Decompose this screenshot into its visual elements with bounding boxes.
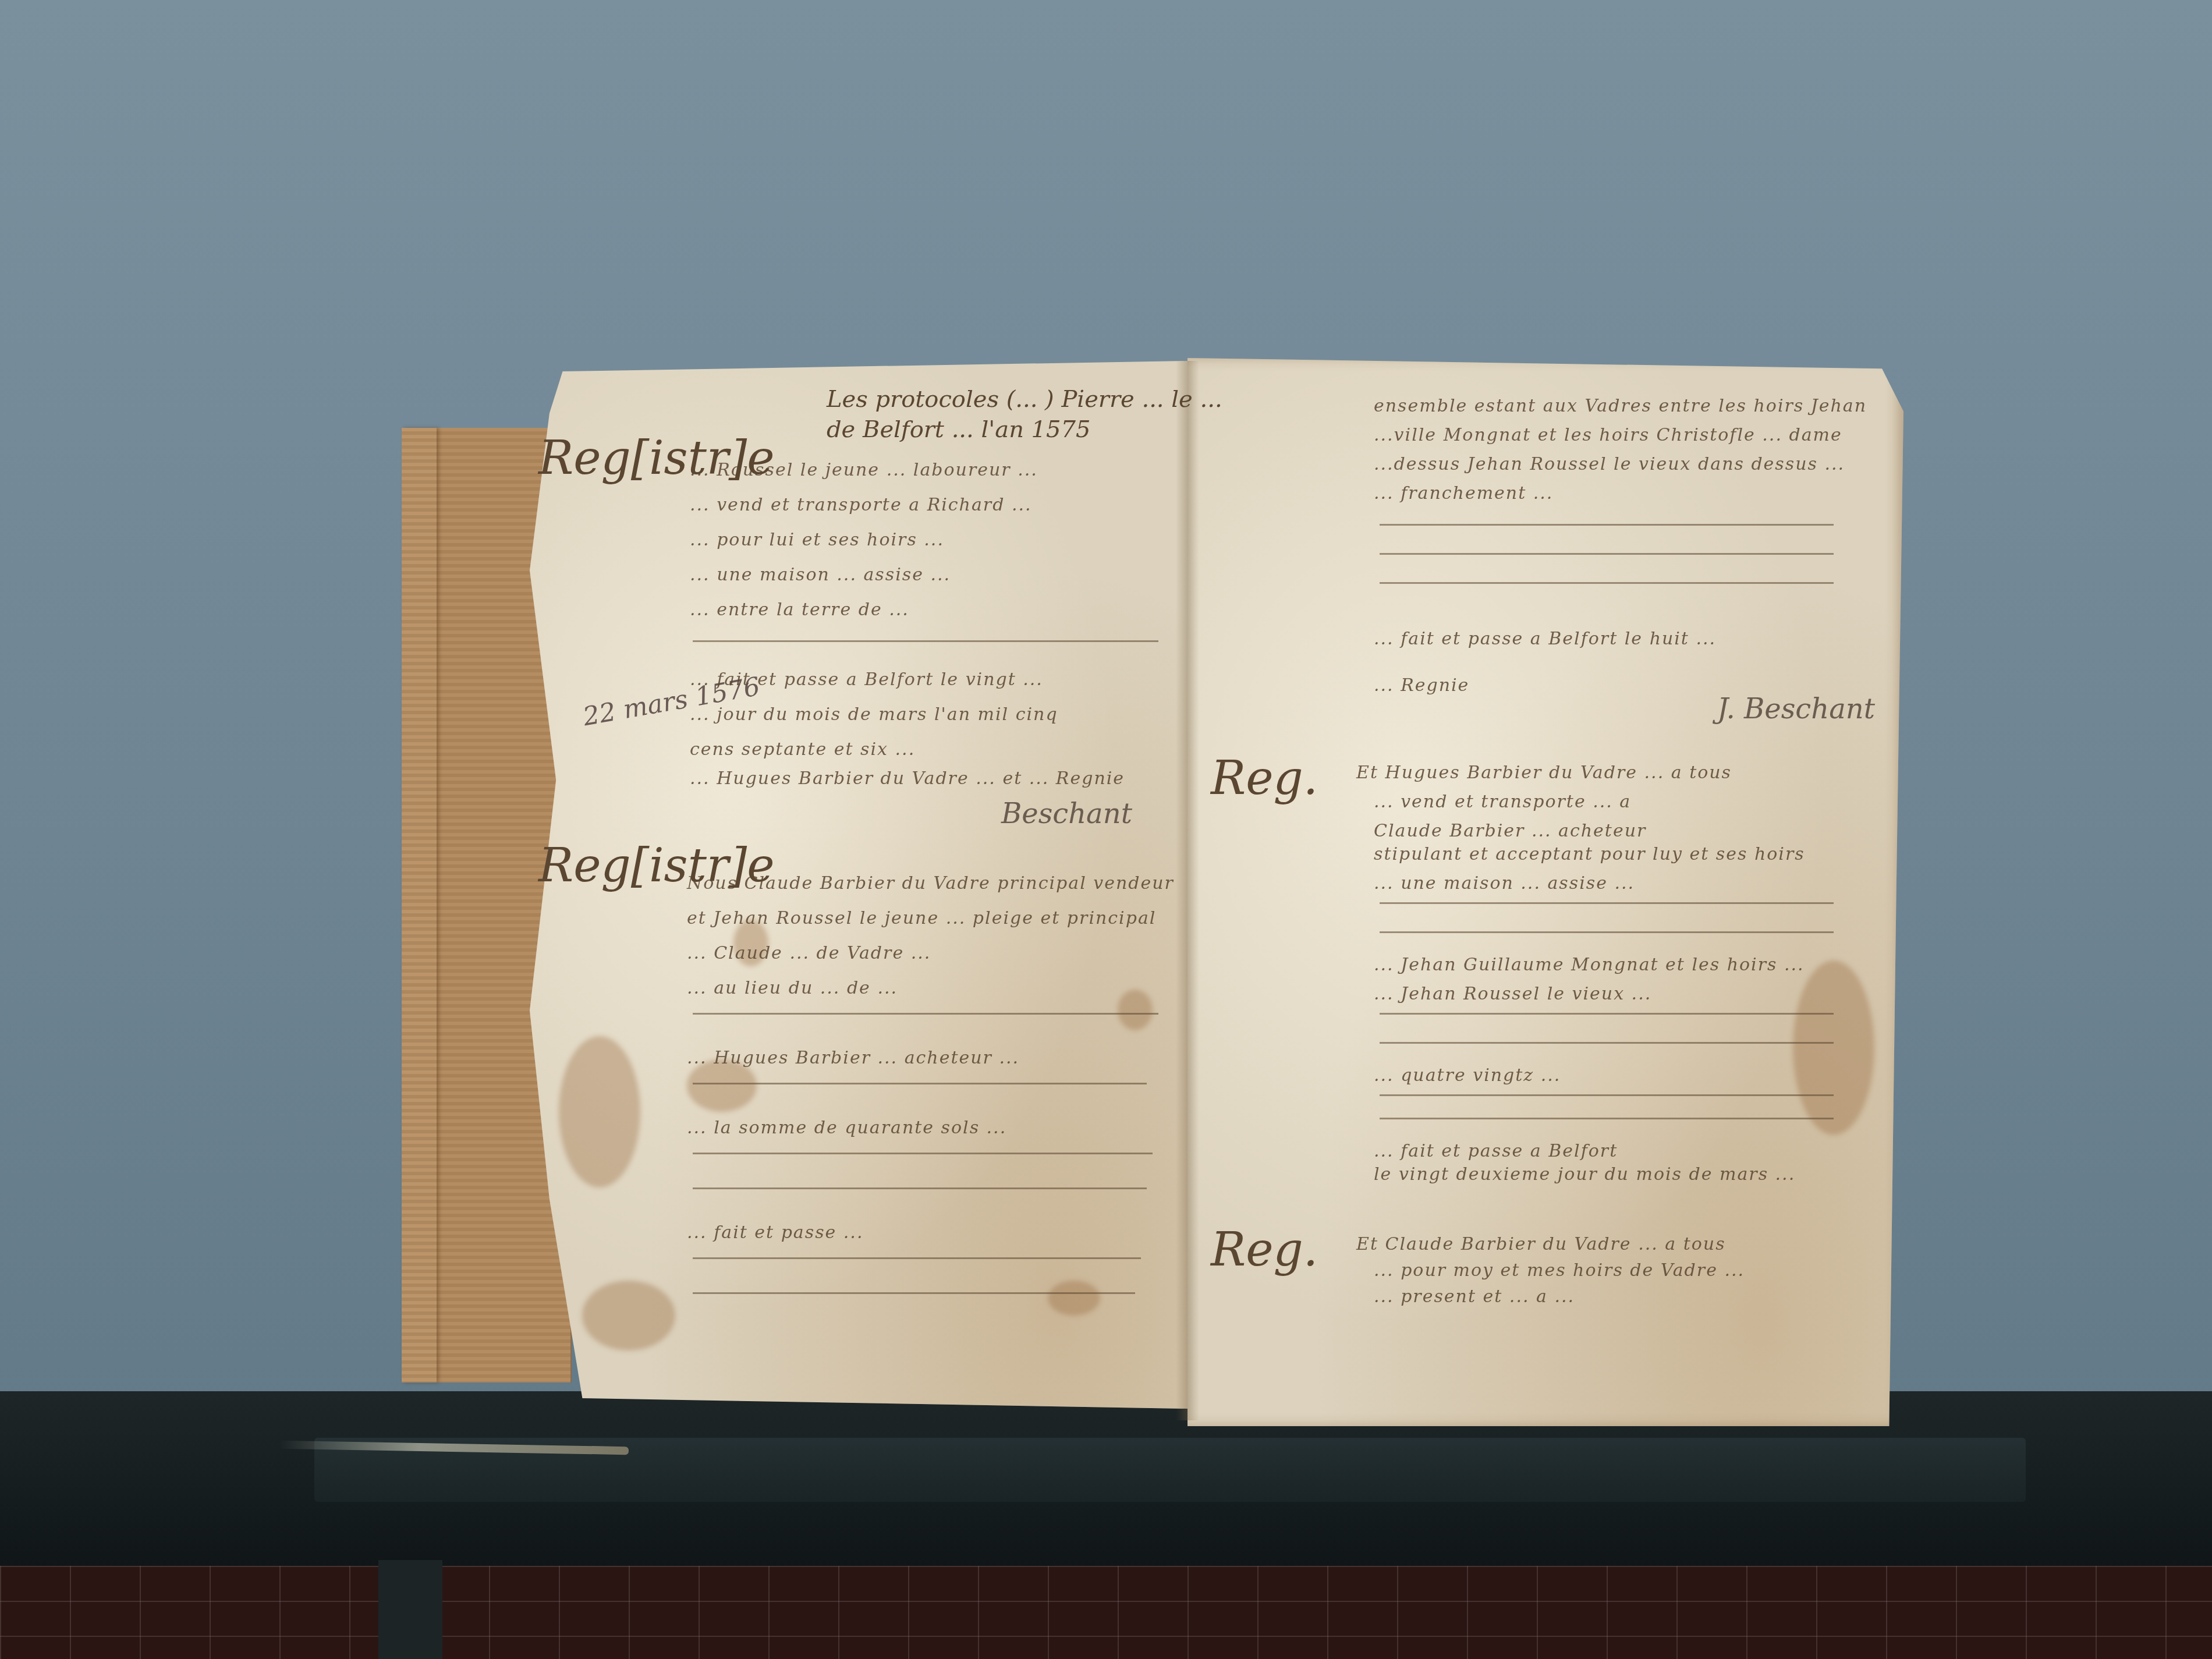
margin-mark-registre: Reg. — [1211, 751, 1318, 805]
script-line: ... une maison ... assise ... — [690, 565, 951, 585]
script-line-filler — [693, 1257, 1141, 1259]
cardboard-flap — [402, 428, 437, 1383]
script-line: ... une maison ... assise ... — [1374, 873, 1635, 894]
script-line: ... pour lui et ses hoirs ... — [690, 530, 944, 550]
script-line: Nous Claude Barbier du Vadre principal v… — [687, 873, 1174, 894]
book-gutter — [1176, 361, 1199, 1420]
script-line: cens septante et six ... — [690, 739, 915, 760]
script-line: ... present et ... a ... — [1374, 1286, 1575, 1307]
script-line-filler — [1380, 524, 1834, 526]
script-line: ... Jehan Roussel le vieux ... — [1374, 984, 1651, 1004]
script-line-filler — [1380, 931, 1834, 933]
script-line: ... quatre vingtz ... — [1374, 1065, 1561, 1086]
script-line-filler — [1380, 553, 1834, 555]
script-line: ... jour du mois de mars l'an mil cinq — [690, 704, 1058, 725]
script-line: ... la somme de quarante sols ... — [687, 1118, 1006, 1138]
script-line: Et Claude Barbier du Vadre ... a tous — [1356, 1234, 1726, 1254]
water-stain — [559, 1036, 640, 1187]
script-line: Claude Barbier ... acheteur — [1374, 821, 1646, 841]
margin-mark-registre: Reg. — [1211, 1222, 1318, 1277]
script-line: ... Claude ... de Vadre ... — [687, 943, 931, 963]
script-line: le vingt deuxieme jour du mois de mars .… — [1374, 1164, 1795, 1185]
script-line-filler — [693, 1187, 1147, 1189]
script-line: ... pour moy et mes hoirs de Vadre ... — [1374, 1260, 1745, 1281]
script-line: Et Hugues Barbier du Vadre ... a tous — [1356, 763, 1732, 783]
script-line: ...ville Mongnat et les hoirs Christofle… — [1374, 425, 1842, 445]
script-line: ... Roussel le jeune ... laboureur ... — [690, 460, 1038, 480]
water-stain — [1118, 990, 1153, 1030]
script-line: ensemble estant aux Vadres entre les hoi… — [1374, 396, 1867, 416]
script-line: ... fait et passe a Belfort le huit ... — [1374, 629, 1716, 649]
script-line: ... vend et transporte a Richard ... — [690, 495, 1032, 515]
script-line: ... entre la terre de ... — [690, 600, 909, 620]
script-line: ... franchement ... — [1374, 483, 1553, 504]
script-line-filler — [693, 1153, 1153, 1154]
script-line: stipulant et acceptant pour luy et ses h… — [1374, 844, 1805, 864]
script-line-filler — [693, 1083, 1147, 1084]
water-stain — [1793, 960, 1874, 1135]
script-line: ...dessus Jehan Roussel le vieux dans de… — [1374, 454, 1845, 474]
stand-leg — [378, 1560, 442, 1659]
water-stain — [582, 1281, 675, 1350]
tiled-floor — [0, 1566, 2212, 1659]
left-page-heading: Les protocoles (... ) Pierre ... le ... … — [827, 384, 1229, 445]
right-signature: J. Beschant — [1717, 693, 1875, 725]
script-line-filler — [1380, 902, 1834, 904]
script-line-filler — [1380, 1094, 1834, 1096]
script-line: ... fait et passe a Belfort le vingt ... — [690, 669, 1043, 690]
script-line-filler — [1380, 1042, 1834, 1044]
script-line: ... Hugues Barbier ... acheteur ... — [687, 1048, 1019, 1068]
script-line: et Jehan Roussel le jeune ... pleige et … — [687, 908, 1156, 928]
script-line-filler — [693, 1013, 1158, 1015]
script-line: ... vend et transporte ... a — [1374, 792, 1631, 812]
script-line-filler — [693, 1292, 1135, 1294]
script-line: ... fait et passe ... — [687, 1222, 863, 1243]
script-line: ... Hugues Barbier du Vadre ... et ... R… — [690, 768, 1125, 789]
script-line: ... Regnie — [1374, 675, 1469, 696]
script-line-filler — [1380, 1013, 1834, 1015]
water-stain — [1048, 1281, 1100, 1316]
script-line-filler — [693, 640, 1158, 642]
left-signature: Beschant — [1001, 797, 1132, 830]
script-line: ... au lieu du ... de ... — [687, 978, 898, 998]
script-line-filler — [1380, 582, 1834, 584]
script-line-filler — [1380, 1118, 1834, 1119]
script-line: ... fait et passe a Belfort — [1374, 1141, 1618, 1161]
script-line: ... Jehan Guillaume Mongnat et les hoirs… — [1374, 955, 1805, 975]
